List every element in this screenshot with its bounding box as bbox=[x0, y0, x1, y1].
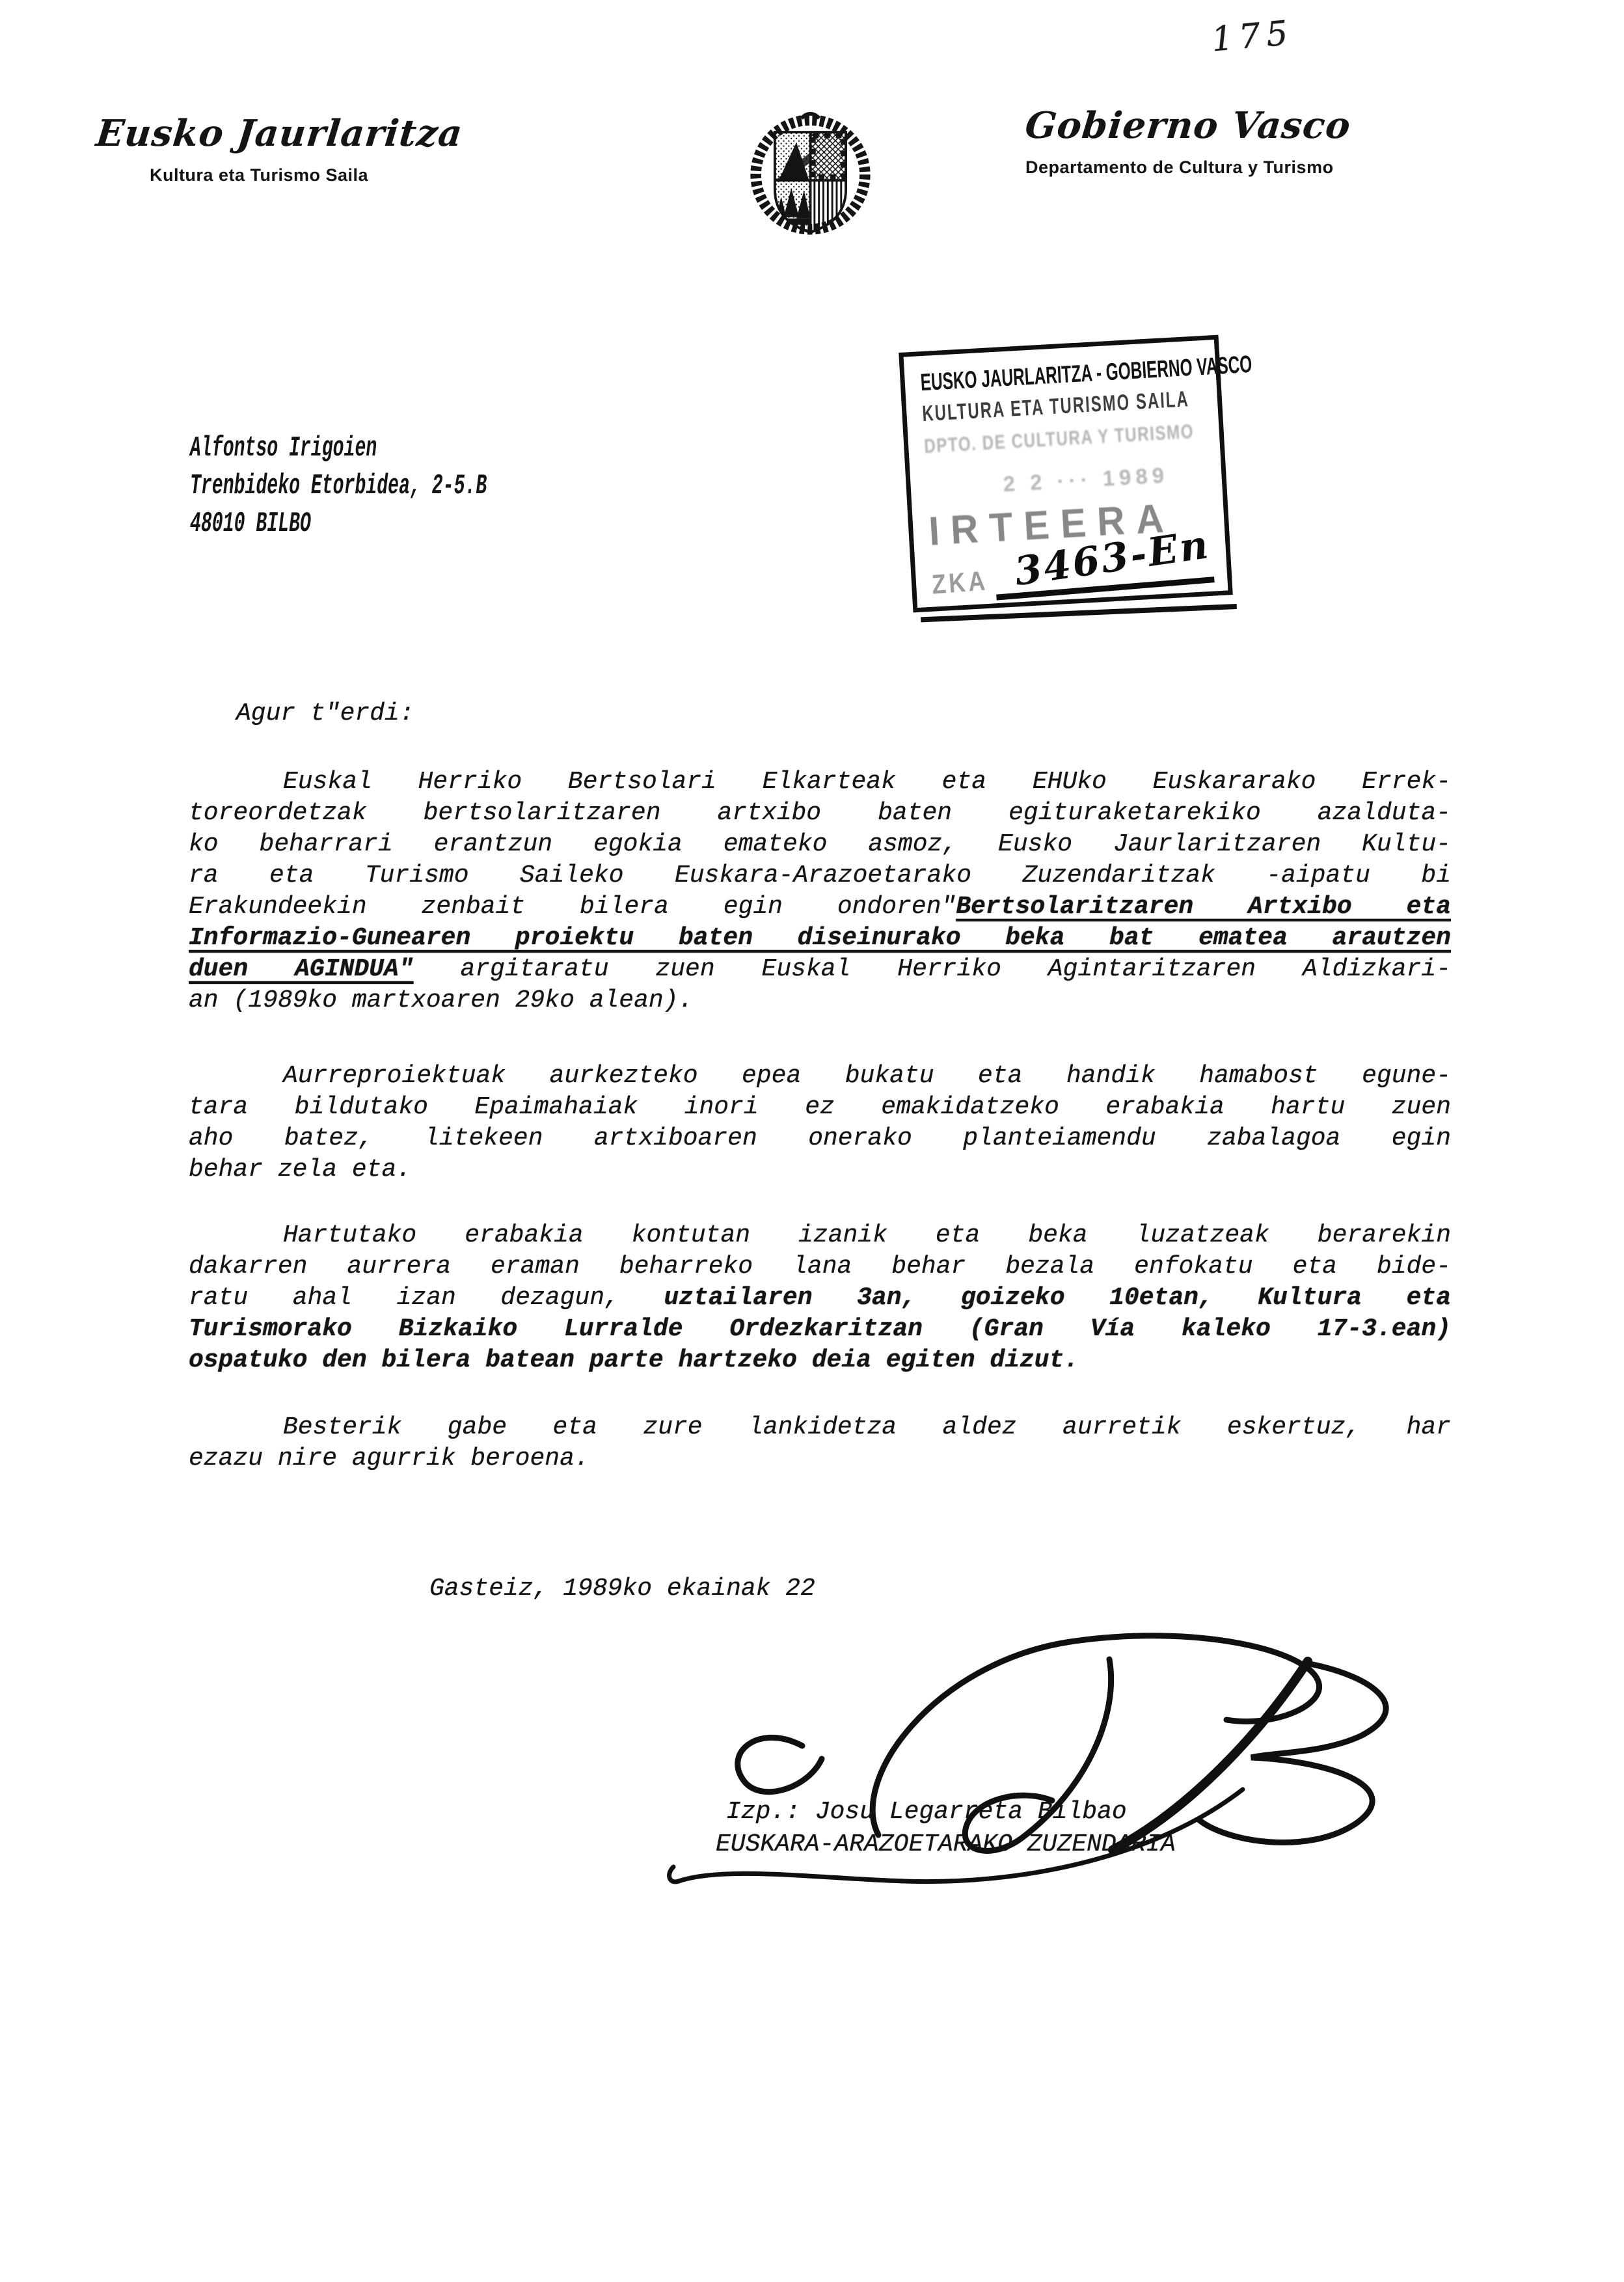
body-line: Informazio-Gunearen proiektu baten disei… bbox=[189, 923, 1451, 954]
recipient-name: Alfontso Irigoien bbox=[190, 429, 487, 467]
recipient-street: Trenbideko Etorbidea, 2-5.B bbox=[190, 467, 487, 505]
letter-body: Agur t"erdi: Euskal Herriko Bertsolari E… bbox=[189, 698, 1451, 1605]
stamp-date: 2 2 ··· 1989 bbox=[1003, 460, 1213, 496]
stamp-org-line: EUSKO JAURLARITZA - GOBIERNO VASCO bbox=[920, 359, 1110, 396]
body-line: ratu ahal izan dezagun, uztailaren 3an, … bbox=[189, 1283, 1451, 1314]
body-line: Hartutako erabakia kontutan izanik eta b… bbox=[189, 1220, 1451, 1251]
body-text: dakarren aurrera eraman beharreko lana b… bbox=[189, 1253, 1451, 1281]
recipient-address: Alfontso Irigoien Trenbideko Etorbidea, … bbox=[190, 429, 654, 543]
basque-coat-of-arms-icon bbox=[747, 109, 874, 239]
date-line: Gasteiz, 1989ko ekainak 22 bbox=[429, 1573, 1451, 1605]
body-line: Euskal Herriko Bertsolari Elkarteak eta … bbox=[189, 767, 1451, 798]
emphasized-text: Informazio-Gunearen proiektu baten disei… bbox=[189, 924, 1451, 952]
body-text: an (1989ko martxoaren 29ko alean). bbox=[189, 986, 693, 1014]
body-text: toreordetzak bertsolaritzaren artxibo ba… bbox=[189, 799, 1451, 827]
body-line: toreordetzak bertsolaritzaren artxibo ba… bbox=[189, 798, 1451, 829]
signer-title: EUSKARA-ARAZOETARAKO ZUZENDARIA bbox=[716, 1828, 1176, 1861]
paragraph: Besterik gabe eta zure lankidetza aldez … bbox=[189, 1412, 1451, 1474]
signer-name: Izp.: Josu Legarreta Bilbao bbox=[726, 1796, 1176, 1828]
body-line: behar zela eta. bbox=[189, 1154, 1451, 1186]
handwritten-page-number: 175 bbox=[1210, 14, 1295, 60]
paragraph: Euskal Herriko Bertsolari Elkarteak eta … bbox=[189, 767, 1451, 1016]
paragraph: Aurreproiektuak aurkezteko epea bukatu e… bbox=[189, 1061, 1451, 1186]
body-text: ezazu nire agurrik beroena. bbox=[189, 1445, 589, 1473]
emphasized-text: uztailaren 3an, goizeko 10etan, Kultura … bbox=[664, 1284, 1451, 1312]
stamp-dept-line-basque: KULTURA ETA TURISMO SAILA bbox=[921, 390, 1123, 427]
body-line: dakarren aurrera eraman beharreko lana b… bbox=[189, 1251, 1451, 1283]
emphasized-text: ospatuko den bilera batean parte hartzek… bbox=[189, 1346, 1079, 1374]
body-line: ezazu nire agurrik beroena. bbox=[189, 1443, 1451, 1474]
body-line: duen AGINDUA" argitaratu zuen Euskal Her… bbox=[189, 954, 1451, 985]
header-left: Eusko Jaurlaritza Kultura eta Turismo Sa… bbox=[96, 112, 422, 185]
body-text: Besterik gabe eta zure lankidetza aldez … bbox=[283, 1413, 1451, 1441]
body-text: tara bildutako Epaimahaiak inori ez emak… bbox=[189, 1093, 1451, 1121]
body-text: Erakundeekin zenbait bilera egin ondoren… bbox=[189, 893, 956, 921]
body-text: ratu ahal izan dezagun, bbox=[189, 1284, 664, 1312]
paragraph: Hartutako erabakia kontutan izanik eta b… bbox=[189, 1220, 1451, 1376]
body-line: tara bildutako Epaimahaiak inori ez emak… bbox=[189, 1092, 1451, 1123]
paragraphs-container: Euskal Herriko Bertsolari Elkarteak eta … bbox=[189, 767, 1451, 1474]
body-line: Besterik gabe eta zure lankidetza aldez … bbox=[189, 1412, 1451, 1443]
department-name-basque: Kultura eta Turismo Saila bbox=[96, 165, 422, 185]
emphasized-text: duen AGINDUA" bbox=[189, 955, 414, 983]
org-name-spanish: Gobierno Vasco bbox=[1023, 104, 1353, 147]
body-text: ko beharrari erantzun egokia emateko asm… bbox=[189, 830, 1451, 858]
stamp-dept-line-spanish: DPTO. DE CULTURA Y TURISMO bbox=[923, 422, 1148, 458]
body-line: ra eta Turismo Saileko Euskara-Arazoetar… bbox=[189, 860, 1451, 891]
body-text: behar zela eta. bbox=[189, 1156, 411, 1184]
department-name-spanish: Departamento de Cultura y Turismo bbox=[1025, 157, 1318, 178]
stamp-zka-label: ZKA bbox=[931, 565, 989, 600]
body-line: Turismorako Bizkaiko Lurralde Ordezkarit… bbox=[189, 1314, 1451, 1345]
org-name-basque: Eusko Jaurlaritza bbox=[94, 112, 465, 155]
body-line: an (1989ko martxoaren 29ko alean). bbox=[189, 985, 1451, 1016]
body-text: Aurreproiektuak aurkezteko epea bukatu e… bbox=[283, 1062, 1451, 1090]
body-text: ra eta Turismo Saileko Euskara-Arazoetar… bbox=[189, 862, 1451, 890]
header-right: Gobierno Vasco Departamento de Cultura y… bbox=[1025, 104, 1318, 178]
body-text: aho batez, litekeen artxiboaren onerako … bbox=[189, 1124, 1451, 1152]
emphasized-text: Turismorako Bizkaiko Lurralde Ordezkarit… bbox=[189, 1315, 1451, 1343]
body-line: ospatuko den bilera batean parte hartzek… bbox=[189, 1345, 1451, 1376]
body-line: aho batez, litekeen artxiboaren onerako … bbox=[189, 1123, 1451, 1154]
body-text: Hartutako erabakia kontutan izanik eta b… bbox=[283, 1221, 1451, 1249]
emphasized-text: Bertsolaritzaren Artxibo eta bbox=[956, 893, 1451, 921]
salutation: Agur t"erdi: bbox=[236, 698, 1451, 729]
registry-stamp: EUSKO JAURLARITZA - GOBIERNO VASCO KULTU… bbox=[899, 335, 1233, 613]
body-text: Euskal Herriko Bertsolari Elkarteak eta … bbox=[283, 768, 1451, 796]
body-line: Erakundeekin zenbait bilera egin ondoren… bbox=[189, 891, 1451, 923]
body-line: ko beharrari erantzun egokia emateko asm… bbox=[189, 829, 1451, 860]
body-line: Aurreproiektuak aurkezteko epea bukatu e… bbox=[189, 1061, 1451, 1092]
signer-block: Izp.: Josu Legarreta Bilbao EUSKARA-ARAZ… bbox=[716, 1796, 1176, 1861]
scanned-letter-page: Eusko Jaurlaritza Kultura eta Turismo Sa… bbox=[0, 0, 1624, 2282]
body-text: argitaratu zuen Euskal Herriko Agintarit… bbox=[414, 955, 1451, 983]
recipient-city: 48010 BILBO bbox=[190, 505, 487, 543]
